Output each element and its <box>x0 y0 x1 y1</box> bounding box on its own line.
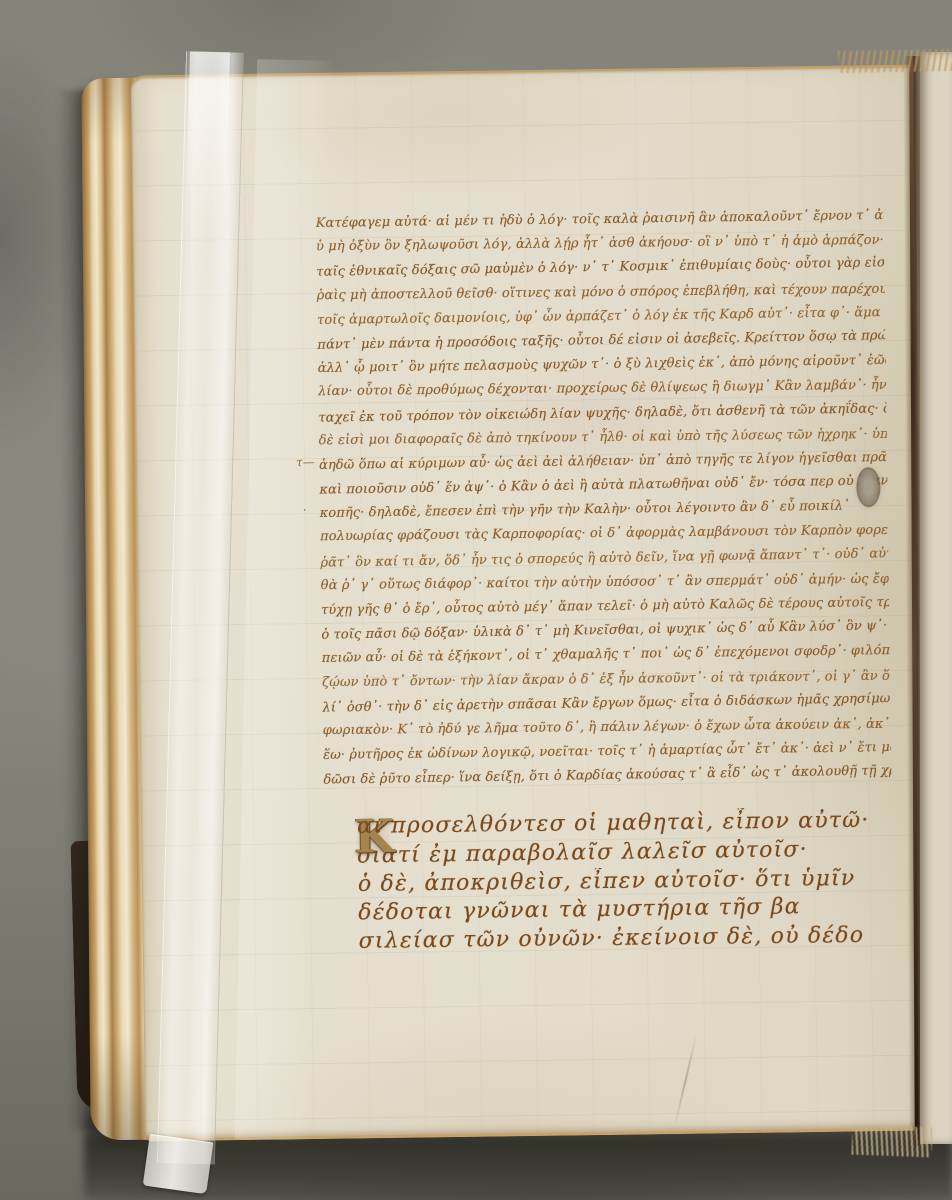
parchment-hole-blemish <box>858 469 879 505</box>
tape-end-flap <box>143 1134 214 1194</box>
gospel-line: σιλείασ τῶν οὐνῶν· ἐκείνοισ δὲ, οὐ δέδο <box>359 922 899 957</box>
facing-page-sliver <box>920 52 952 1144</box>
gospel-text-block: Κ αι προσελθόντεσ οἱ μαθηταὶ, εἶπον αὐτῶ… <box>357 806 899 958</box>
parchment-crease <box>674 1033 698 1127</box>
ragged-top-edge <box>838 49 952 73</box>
gospel-line: ὁ δὲ, ἀποκριθεὶσ, εἶπεν αὐτοῖσ· ὅτι ὑμῖν <box>358 864 898 899</box>
manuscript-photo: { "scene": { "description_labels": {}, "… <box>0 0 952 1200</box>
commentary-text-block: Κατέφαγεμ αὐτά· αἱ μέν τι ἡδὺ ὁ λόγ· τοῖ… <box>316 204 892 792</box>
frayed-threads <box>852 1125 933 1158</box>
